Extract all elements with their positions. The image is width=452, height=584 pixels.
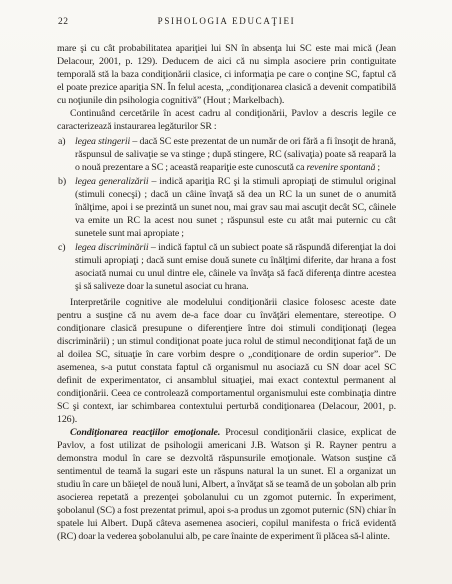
list-item-law-generalization: b)legea generalizării – indică apariţia …	[57, 175, 396, 240]
paragraph-lead-heading: Condiţionarea reacţiilor emoţionale.	[70, 427, 220, 438]
paragraph-laws-intro: Continuând cercetările în acest cadru al…	[57, 107, 396, 133]
law-term: legea discriminării	[75, 242, 149, 253]
list-marker: b)	[58, 175, 66, 188]
list-marker: c)	[58, 241, 65, 254]
law-term: legea stingerii	[75, 136, 130, 147]
paragraph-emotional-conditioning: Condiţionarea reacţiilor emoţionale. Pro…	[57, 426, 396, 543]
page-body: mare şi cu cât probabilitatea apariţiei …	[57, 42, 396, 543]
book-page: 22 PSIHOLOGIA EDUCAŢIEI mare şi cu cât p…	[0, 0, 452, 584]
page-number: 22	[58, 17, 69, 27]
list-item-law-extinction: a)legea stingerii – dacă SC este prezent…	[57, 135, 396, 174]
paragraph-cognitive-interpretations: Interpretările cognitive ale modelului c…	[57, 296, 396, 426]
running-title: PSIHOLOGIA EDUCAŢIEI	[57, 16, 396, 26]
paragraph-continuation: mare şi cu cât probabilitatea apariţiei …	[57, 42, 396, 107]
list-marker: a)	[58, 135, 65, 148]
law-text-tail: ;	[375, 162, 380, 173]
list-item-law-discrimination: c)legea discriminării – indică faptul că…	[57, 241, 396, 293]
paragraph-emotional-text: Procesul condiţionării clasice, explicat…	[57, 427, 396, 542]
laws-list: a)legea stingerii – dacă SC este prezent…	[57, 135, 396, 293]
law-emphasis: revenire spontană	[307, 162, 376, 173]
law-term: legea generalizării	[75, 176, 149, 187]
page-header: 22 PSIHOLOGIA EDUCAŢIEI	[57, 16, 396, 29]
